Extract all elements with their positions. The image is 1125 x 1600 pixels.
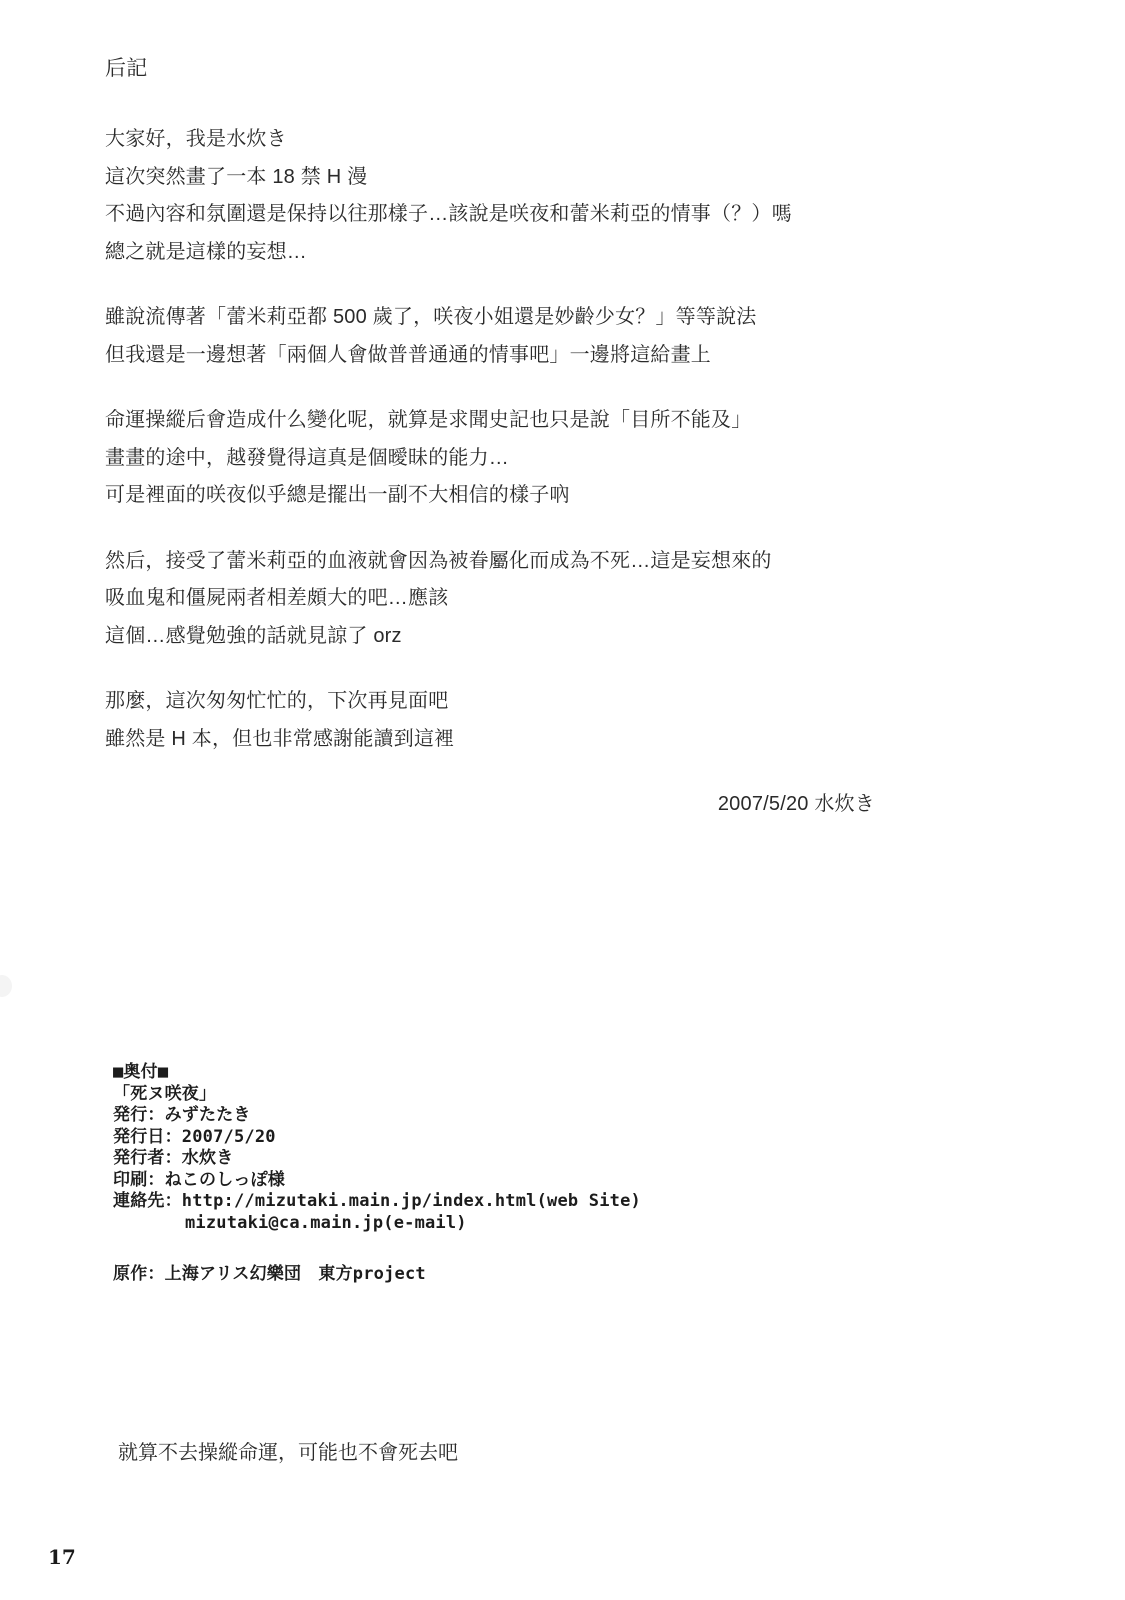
text-line: 那麼，這次匆匆忙忙的，下次再見面吧 [105, 683, 875, 721]
colophon-publisher: 発行：みずたたき [113, 1105, 641, 1127]
footer-note: 就算不去操縱命運，可能也不會死去吧 [118, 1438, 458, 1468]
text-line: 不過內容和氛圍還是保持以往那樣子…該說是咲夜和蕾米莉亞的情事（？）嗎 [105, 196, 875, 234]
text-line: 吸血鬼和僵屍兩者相差頗大的吧…應該 [105, 580, 875, 618]
text-line: 但我還是一邊想著「兩個人會做普普通通的情事吧」一邊將這給畫上 [105, 337, 875, 375]
colophon-book-title: 「死ヌ咲夜」 [113, 1084, 641, 1106]
date-signature: 2007/5/20 水炊き [105, 786, 875, 824]
afterword-paragraph-3: 命運操縱后會造成什么變化呢，就算是求聞史記也只是說「目所不能及」 畫畫的途中，越… [105, 402, 875, 515]
afterword-paragraph-4: 然后，接受了蕾米莉亞的血液就會因為被眷屬化而成為不死…這是妄想來的 吸血鬼和僵屍… [105, 543, 875, 656]
text-line: 總之就是這樣的妄想… [105, 234, 875, 272]
colophon-author: 発行者：水炊き [113, 1148, 641, 1170]
text-line: 這次突然畫了一本 18 禁 H 漫 [105, 159, 875, 197]
afterword-title: 后記 [105, 50, 875, 88]
colophon-original-work: 原作：上海アリス幻樂団 東方project [113, 1264, 641, 1286]
page-number: 17 [48, 1545, 76, 1569]
afterword-paragraph-2: 雖說流傳著「蕾米莉亞都 500 歲了，咲夜小姐還是妙齡少女？」等等說法 但我還是… [105, 299, 875, 374]
text-line: 大家好，我是水炊き [105, 121, 875, 159]
scan-artifact-blob [0, 975, 12, 997]
text-line: 命運操縱后會造成什么變化呢，就算是求聞史記也只是說「目所不能及」 [105, 402, 875, 440]
colophon-section: ■奥付■ 「死ヌ咲夜」 発行：みずたたき 発行日：2007/5/20 発行者：水… [113, 1062, 641, 1286]
colophon-publish-date: 発行日：2007/5/20 [113, 1127, 641, 1149]
colophon-header: ■奥付■ [113, 1062, 641, 1084]
text-line: 畫畫的途中，越發覺得這真是個曖昧的能力… [105, 440, 875, 478]
text-line: 雖說流傳著「蕾米莉亞都 500 歲了，咲夜小姐還是妙齡少女？」等等說法 [105, 299, 875, 337]
colophon-contact-web: 連絡先：http://mizutaki.main.jp/index.html(w… [113, 1191, 641, 1213]
scanned-afterword-page: 后記 大家好，我是水炊き 這次突然畫了一本 18 禁 H 漫 不過內容和氛圍還是… [0, 0, 1125, 1600]
afterword-section: 后記 大家好，我是水炊き 這次突然畫了一本 18 禁 H 漫 不過內容和氛圍還是… [105, 50, 875, 824]
afterword-paragraph-5: 那麼，這次匆匆忙忙的，下次再見面吧 雖然是 H 本，但也非常感謝能讀到這裡 [105, 683, 875, 758]
afterword-paragraph-1: 大家好，我是水炊き 這次突然畫了一本 18 禁 H 漫 不過內容和氛圍還是保持以… [105, 121, 875, 271]
text-line: 這個…感覺勉強的話就見諒了 orz [105, 618, 875, 656]
text-line: 可是裡面的咲夜似乎總是擺出一副不大相信的樣子吶 [105, 477, 875, 515]
text-line: 雖然是 H 本，但也非常感謝能讀到這裡 [105, 721, 875, 759]
colophon-contact-email: mizutaki@ca.main.jp(e-mail) [113, 1213, 641, 1235]
colophon-printer: 印刷：ねこのしっぽ様 [113, 1170, 641, 1192]
text-line: 然后，接受了蕾米莉亞的血液就會因為被眷屬化而成為不死…這是妄想來的 [105, 543, 875, 581]
